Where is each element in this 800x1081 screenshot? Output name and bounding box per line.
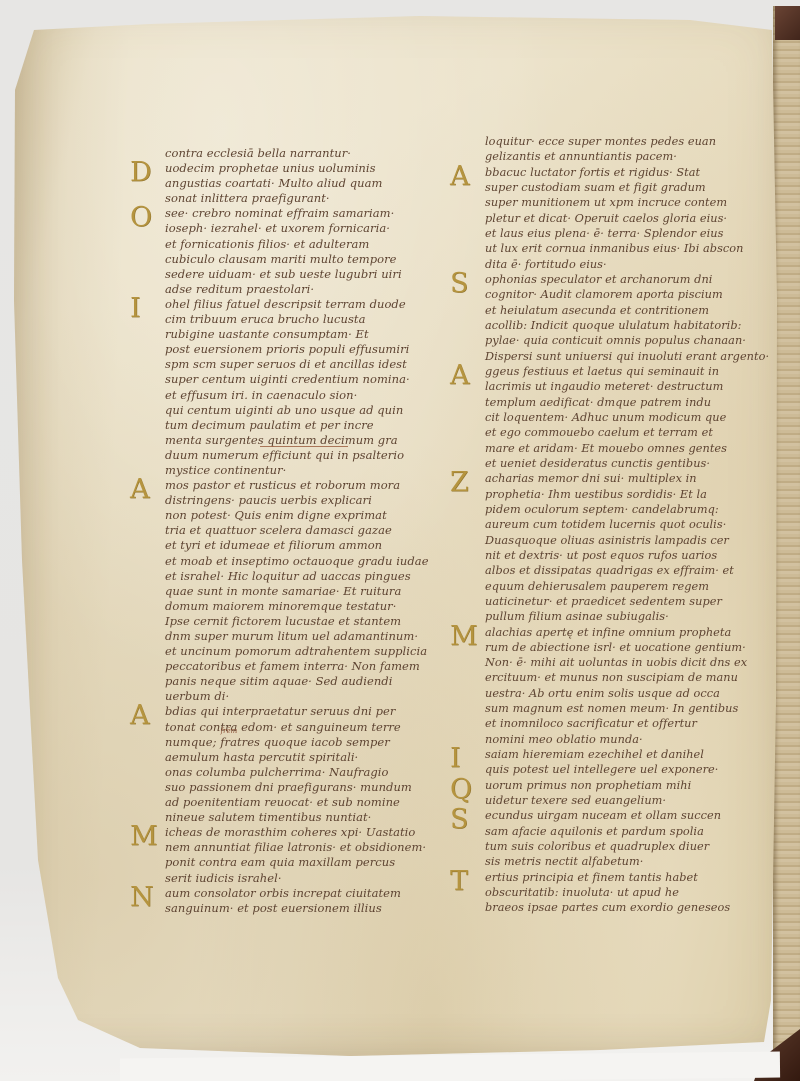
book-fore-edge-pages	[773, 6, 800, 1081]
text-line: uerbum di·	[165, 689, 443, 704]
text-line: pullum filium asinae subiugalis·	[485, 609, 773, 624]
line-text: uaticinetur· et praedicet sedentem super	[485, 595, 722, 608]
text-line: cognitor· Audit clamorem aporta piscium	[485, 287, 773, 302]
text-line: mystice continentur·	[165, 463, 443, 478]
line-text: Ipse cernit fictorem lucustae et stantem	[165, 614, 401, 628]
line-text: et inomniloco sacrificatur et offertur	[485, 717, 697, 730]
illuminated-initial: N	[130, 884, 154, 911]
line-text: serit iudicis israhel·	[165, 871, 282, 885]
text-line: contra ecclesiā bella narrantur·	[165, 146, 443, 161]
text-line: tria et quattuor scelera damasci gazae	[165, 523, 443, 538]
line-text: aemulum hasta percutit spiritali·	[165, 750, 358, 764]
illuminated-initial: A	[130, 476, 150, 503]
line-text: ioseph· iezrahel· et uxorem fornicaria·	[165, 221, 390, 235]
line-text: cim tribuum eruca brucho lucusta	[165, 312, 365, 326]
text-line: ponit contra eam quia maxillam percus	[165, 855, 443, 870]
line-text: nineue salutem timentibus nuntiat·	[165, 810, 371, 824]
line-text: ggeus festiuus et laetus qui seminauit i…	[485, 365, 719, 378]
line-text: gelizantis et annuntiantis pacem·	[485, 150, 677, 163]
text-line: gelizantis et annuntiantis pacem·	[485, 149, 773, 164]
line-text: braeos ipsae partes cum exordio geneseos	[485, 901, 730, 914]
manuscript-photo: contra ecclesiā bella narrantur·Duodecim…	[0, 0, 800, 1081]
line-text: loquitur· ecce super montes pedes euan	[485, 135, 716, 148]
line-text: sedere uiduam· et sub ueste lugubri uiri	[165, 267, 402, 281]
text-line: Quorum primus non prophetiam mihi	[485, 778, 773, 793]
line-text: bdias qui interpraetatur seruus dni per	[165, 704, 395, 718]
line-text: panis neque sitim aquae· Sed audiendi	[165, 674, 392, 688]
line-text: ohel filius fatuel descripsit terram duo…	[165, 297, 406, 311]
text-line: Sophonias speculator et archanorum dni	[485, 272, 773, 287]
text-line: Aggeus festiuus et laetus qui seminauit …	[485, 364, 773, 379]
illuminated-initial: M	[450, 623, 478, 650]
text-line: dita ē· fortitudo eius·	[485, 257, 773, 272]
line-text: acharias memor dni sui· multiplex in	[485, 472, 697, 485]
line-text: saiam hieremiam ezechihel et danihel	[485, 748, 704, 761]
line-text: equum dehierusalem pauperem regem	[485, 580, 709, 593]
text-line: serit iudicis israhel·	[165, 871, 443, 886]
line-text: menta surgentes quintum decimum gra	[165, 433, 398, 447]
line-text: quis potest uel intellegere uel exponere…	[485, 763, 718, 776]
illuminated-initial: A	[450, 163, 470, 190]
text-line: adse reditum praestolari·	[165, 282, 443, 297]
text-line: quae sunt in monte samariae· Et ruitura	[165, 584, 443, 599]
scribal-underline	[260, 446, 349, 447]
text-line: lacrimis ut ingaudio meteret· destructum	[485, 379, 773, 394]
line-text: cognitor· Audit clamorem aporta piscium	[485, 288, 723, 301]
text-line: aemulum hasta percutit spiritali·	[165, 750, 443, 765]
text-line: et laus eius plena· ē· terra· Splendor e…	[485, 226, 773, 241]
underlying-page-edge	[120, 1052, 780, 1081]
text-line: super munitionem ut xpm incruce contem	[485, 195, 773, 210]
text-line: sanguinum· et post euersionem illius	[165, 901, 443, 916]
text-line: qui centum uiginti ab uno usque ad quin	[165, 403, 443, 418]
text-line: mare et aridam· Et mouebo omnes gentes	[485, 441, 773, 456]
line-text: et laus eius plena· ē· terra· Splendor e…	[485, 227, 723, 240]
illuminated-initial: I	[130, 295, 141, 322]
line-text: super centum uiginti credentium nomina·	[165, 372, 410, 386]
line-text: nit et dextris· ut post equos rufos uari…	[485, 549, 717, 562]
text-line: et fornicationis filios· et adulteram	[165, 237, 443, 252]
line-text: tum suis coloribus et quadruplex diuer	[485, 840, 709, 853]
text-line: menta surgentes quintum decimum gra	[165, 433, 443, 448]
line-text: Dispersi sunt uniuersi qui inuoluti eran…	[485, 350, 769, 363]
text-line: onas columba pulcherrima· Naufragio	[165, 765, 443, 780]
text-line: Iohel filius fatuel descripsit terram du…	[165, 297, 443, 312]
text-line: Isaiam hieremiam ezechihel et danihel	[485, 747, 773, 762]
text-line: uaticinetur· et praedicet sedentem super	[485, 594, 773, 609]
text-line: sis metris nectit alfabetum·	[485, 854, 773, 869]
illuminated-initial: O	[130, 204, 152, 231]
line-text: sis metris nectit alfabetum·	[485, 855, 643, 868]
text-line: spm scm super seruos di et ancillas ides…	[165, 357, 443, 372]
illuminated-initial: Q	[450, 776, 472, 803]
text-line: braeos ipsae partes cum exordio geneseos	[485, 900, 773, 915]
text-line: sonat inlittera praefigurant·	[165, 191, 443, 206]
text-line: Abbacuc luctator fortis et rigidus· Stat	[485, 165, 773, 180]
text-line: obscuritatib: inuoluta· ut apud he	[485, 885, 773, 900]
text-line: et tyri et idumeae et filiorum ammon	[165, 538, 443, 553]
line-text: uodecim prophetae unius uoluminis	[165, 161, 376, 175]
line-text: cit loquentem· Adhuc unum modicum que	[485, 411, 726, 424]
line-text: uerbum di·	[165, 689, 229, 703]
line-text: mos pastor et rusticus et roborum mora	[165, 478, 400, 492]
text-line: prophetia· Ihm uestibus sordidis· Et la	[485, 487, 773, 502]
text-line: Duasquoque oliuas asinistris lampadis ce…	[485, 533, 773, 548]
text-line: distringens· paucis uerbis explicari	[165, 493, 443, 508]
text-line: sedere uiduam· et sub ueste lugubri uiri	[165, 267, 443, 282]
text-line: Osee· crebro nominat effraim samariam·	[165, 206, 443, 221]
line-text: ponit contra eam quia maxillam percus	[165, 855, 395, 869]
line-text: et fornicationis filios· et adulteram	[165, 237, 369, 251]
line-text: ad poenitentiam reuocat· et sub nomine	[165, 795, 400, 809]
line-text: tria et quattuor scelera damasci gazae	[165, 523, 392, 537]
text-line: pidem oculorum septem· candelabrumq:	[485, 502, 773, 517]
line-text: dnm super murum litum uel adamantinum·	[165, 629, 418, 643]
text-line: nomini meo oblatio munda·	[485, 732, 773, 747]
text-column-right: loquitur· ecce super montes pedes euange…	[485, 134, 773, 916]
text-line: et israhel· Hic loquitur ad uaccas pingu…	[165, 569, 443, 584]
line-text: cubiculo clausam mariti multo tempore	[165, 252, 397, 266]
line-text: rubigine uastante consumptam· Et	[165, 327, 369, 341]
line-text: dita ē· fortitudo eius·	[485, 258, 607, 271]
text-line: Dispersi sunt uniuersi qui inuoluti eran…	[485, 349, 773, 364]
illuminated-initial: T	[450, 868, 468, 895]
text-line: loquitur· ecce super montes pedes euan	[485, 134, 773, 149]
line-text: tum decimum paulatim et per incre	[165, 418, 374, 432]
text-line: Amos pastor et rusticus et roborum mora	[165, 478, 443, 493]
text-line: rubigine uastante consumptam· Et	[165, 327, 443, 342]
text-line: domum maiorem minoremque testatur·	[165, 599, 443, 614]
text-line: uestra· Ab ortu enim solis usque ad occa	[485, 686, 773, 701]
text-line: Duodecim prophetae unius uoluminis	[165, 161, 443, 176]
illuminated-initial: I	[450, 745, 461, 772]
line-text: et ego commouebo caelum et terram et	[485, 426, 713, 439]
text-line: Zacharias memor dni sui· multiplex in	[485, 471, 773, 486]
line-text: et effusum iri. in caenaculo sion·	[165, 388, 357, 402]
line-text: et tyri et idumeae et filiorum ammon	[165, 538, 382, 552]
line-text: ut lux erit cornua inmanibus eius· Ibi a…	[485, 242, 743, 255]
illuminated-initial: M	[130, 823, 158, 850]
line-text: pylae· quia conticuit omnis populus chan…	[485, 334, 746, 347]
text-line: Tertius principia et finem tantis habet	[485, 870, 773, 885]
text-column-left: contra ecclesiā bella narrantur·Duodecim…	[165, 146, 443, 916]
interlinear-gloss: frēm	[221, 728, 238, 735]
text-line: et heiulatum asecunda et contritionem	[485, 303, 773, 318]
parchment-page: contra ecclesiā bella narrantur·Duodecim…	[0, 0, 786, 1072]
text-line: Malachias apertę et infine omnium prophe…	[485, 625, 773, 640]
line-text: numque; fratres quoque iacob semper	[165, 735, 390, 749]
text-line: dnm super murum litum uel adamantinum·	[165, 629, 443, 644]
text-line: ioseph· iezrahel· et uxorem fornicaria·	[165, 221, 443, 236]
text-line: cubiculo clausam mariti multo tempore	[165, 252, 443, 267]
line-text: icheas de morasthim coheres xpi· Uastati…	[165, 825, 415, 839]
line-text: super munitionem ut xpm incruce contem	[485, 196, 727, 209]
line-text: et israhel· Hic loquitur ad uaccas pingu…	[165, 569, 411, 583]
line-text: Duasquoque oliuas asinistris lampadis ce…	[485, 534, 729, 547]
line-text: adse reditum praestolari·	[165, 282, 314, 296]
line-text: sam afacie aquilonis et pardum spolia	[485, 825, 704, 838]
text-line: templum aedificat· dmque patrem indu	[485, 395, 773, 410]
text-line: super custodiam suam et figit gradum	[485, 180, 773, 195]
text-line: albos et dissipatas quadrigas ex effraim…	[485, 563, 773, 578]
text-line: rum de abiectione isrl· et uocatione gen…	[485, 640, 773, 655]
line-text: duum numerum efficiunt qui in psalterio	[165, 448, 404, 462]
line-text: albos et dissipatas quadrigas ex effraim…	[485, 564, 734, 577]
line-text: uestra· Ab ortu enim solis usque ad occa	[485, 687, 720, 700]
text-line: duum numerum efficiunt qui in psalterio	[165, 448, 443, 463]
text-line: nineue salutem timentibus nuntiat·	[165, 810, 443, 825]
text-line: super centum uiginti credentium nomina·	[165, 372, 443, 387]
line-text: pullum filium asinae subiugalis·	[485, 610, 669, 623]
line-text: peccatoribus et famem interra· Non famem	[165, 659, 420, 673]
line-text: bbacuc luctator fortis et rigidus· Stat	[485, 166, 700, 179]
illuminated-initial: S	[450, 806, 469, 833]
text-line: sam afacie aquilonis et pardum spolia	[485, 824, 773, 839]
text-line: nit et dextris· ut post equos rufos uari…	[485, 548, 773, 563]
illuminated-initial: A	[130, 702, 150, 729]
line-text: ertius principia et finem tantis habet	[485, 871, 698, 884]
line-text: mare et aridam· Et mouebo omnes gentes	[485, 442, 727, 455]
line-text: et uncinum pomorum adtrahentem supplicia	[165, 644, 427, 658]
text-line: nem annuntiat filiae latronis· et obsidi…	[165, 840, 443, 855]
line-text: aum consolator orbis increpat ciuitatem	[165, 886, 401, 900]
binding-corner	[775, 6, 800, 40]
line-text: ophonias speculator et archanorum dni	[485, 273, 712, 286]
line-text: sum magnum est nomen meum· In gentibus	[485, 702, 738, 715]
line-text: uorum primus non prophetiam mihi	[485, 779, 691, 792]
text-line: Abdias qui interpraetatur seruus dni per	[165, 704, 443, 719]
line-text: spm scm super seruos di et ancillas ides…	[165, 357, 407, 371]
text-line: et ego commouebo caelum et terram et	[485, 425, 773, 440]
text-line: tum suis coloribus et quadruplex diuer	[485, 839, 773, 854]
line-text: quae sunt in monte samariae· Et ruitura	[165, 584, 401, 598]
line-text: nem annuntiat filiae latronis· et obsidi…	[165, 840, 426, 854]
line-text: templum aedificat· dmque patrem indu	[485, 396, 711, 409]
text-line: non potest· Quis enim digne exprimat	[165, 508, 443, 523]
line-text: et heiulatum asecunda et contritionem	[485, 304, 709, 317]
line-text: super custodiam suam et figit gradum	[485, 181, 706, 194]
line-text: et ueniet desideratus cunctis gentibus·	[485, 457, 710, 470]
illuminated-initial: A	[450, 362, 470, 389]
line-text: domum maiorem minoremque testatur·	[165, 599, 396, 613]
text-line: Ipse cernit fictorem lucustae et stantem	[165, 614, 443, 629]
line-text: non potest· Quis enim digne exprimat	[165, 508, 387, 522]
line-text: uidetur texere sed euangelium·	[485, 794, 666, 807]
line-text: aureum cum totidem lucernis quot oculis·	[485, 518, 726, 531]
line-text: pidem oculorum septem· candelabrumq:	[485, 503, 719, 516]
text-line: ercituum· et munus non suscipiam de manu	[485, 670, 773, 685]
text-line: suo passionem dni praefigurans· mundum	[165, 780, 443, 795]
illuminated-initial: Z	[450, 469, 469, 496]
text-line: et inomniloco sacrificatur et offertur	[485, 716, 773, 731]
text-line: et ueniet desideratus cunctis gentibus·	[485, 456, 773, 471]
text-line: aureum cum totidem lucernis quot oculis·	[485, 517, 773, 532]
text-line: cim tribuum eruca brucho lucusta	[165, 312, 443, 327]
line-text: suo passionem dni praefigurans· mundum	[165, 780, 412, 794]
text-line: Naum consolator orbis increpat ciuitatem	[165, 886, 443, 901]
line-text: nomini meo oblatio munda·	[485, 733, 643, 746]
text-line: et moab et inseptimo octauoque gradu iud…	[165, 554, 443, 569]
text-line: Non· ē· mihi ait uoluntas in uobis dicit…	[485, 655, 773, 670]
text-line: acollib: Indicit quoque ululatum habitat…	[485, 318, 773, 333]
line-text: sanguinum· et post euersionem illius	[165, 901, 382, 915]
line-text: pletur et dicat· Operuit caelos gloria e…	[485, 212, 727, 225]
line-text: obscuritatib: inuoluta· ut apud he	[485, 886, 679, 899]
text-line: ad poenitentiam reuocat· et sub nomine	[165, 795, 443, 810]
text-line: tonat contra edom· et sanguineum terre	[165, 720, 443, 735]
line-text: Non· ē· mihi ait uoluntas in uobis dicit…	[485, 656, 747, 669]
line-text: qui centum uiginti ab uno usque ad quin	[165, 403, 403, 417]
text-line: panis neque sitim aquae· Sed audiendi	[165, 674, 443, 689]
text-line: sum magnum est nomen meum· In gentibus	[485, 701, 773, 716]
line-text: post euersionem prioris populi effusumir…	[165, 342, 409, 356]
text-line: pylae· quia conticuit omnis populus chan…	[485, 333, 773, 348]
line-text: see· crebro nominat effraim samariam·	[165, 206, 394, 220]
line-text: sonat inlittera praefigurant·	[165, 191, 330, 205]
line-text: onas columba pulcherrima· Naufragio	[165, 765, 388, 779]
line-text: prophetia· Ihm uestibus sordidis· Et la	[485, 488, 707, 501]
text-line: cit loquentem· Adhuc unum modicum que	[485, 410, 773, 425]
line-text: et moab et inseptimo octauoque gradu iud…	[165, 554, 429, 568]
line-text: lacrimis ut ingaudio meteret· destructum	[485, 380, 723, 393]
text-line: Secundus uirgam nuceam et ollam succen	[485, 808, 773, 823]
line-text: alachias apertę et infine omnium prophet…	[485, 626, 731, 639]
text-line: peccatoribus et famem interra· Non famem	[165, 659, 443, 674]
text-line: post euersionem prioris populi effusumir…	[165, 342, 443, 357]
line-text: angustias coartati· Multo aliud quam	[165, 176, 382, 190]
line-text: contra ecclesiā bella narrantur·	[165, 146, 351, 160]
text-line: numque; fratres quoque iacob semperfrēm	[165, 735, 443, 750]
text-line: uidetur texere sed euangelium·	[485, 793, 773, 808]
text-line: ut lux erit cornua inmanibus eius· Ibi a…	[485, 241, 773, 256]
text-line: quis potest uel intellegere uel exponere…	[485, 762, 773, 777]
line-text: acollib: Indicit quoque ululatum habitat…	[485, 319, 741, 332]
line-text: rum de abiectione isrl· et uocatione gen…	[485, 641, 746, 654]
text-line: Micheas de morasthim coheres xpi· Uastat…	[165, 825, 443, 840]
text-line: angustias coartati· Multo aliud quam	[165, 176, 443, 191]
line-text: distringens· paucis uerbis explicari	[165, 493, 372, 507]
text-line: et effusum iri. in caenaculo sion·	[165, 388, 443, 403]
text-line: tum decimum paulatim et per incre	[165, 418, 443, 433]
illuminated-initial: D	[130, 159, 152, 186]
text-line: et uncinum pomorum adtrahentem supplicia	[165, 644, 443, 659]
line-text: tonat contra edom· et sanguineum terre	[165, 720, 401, 734]
line-text: ecundus uirgam nuceam et ollam succen	[485, 809, 721, 822]
line-text: mystice continentur·	[165, 463, 286, 477]
text-line: pletur et dicat· Operuit caelos gloria e…	[485, 211, 773, 226]
text-line: equum dehierusalem pauperem regem	[485, 579, 773, 594]
illuminated-initial: S	[450, 270, 469, 297]
line-text: ercituum· et munus non suscipiam de manu	[485, 671, 738, 684]
